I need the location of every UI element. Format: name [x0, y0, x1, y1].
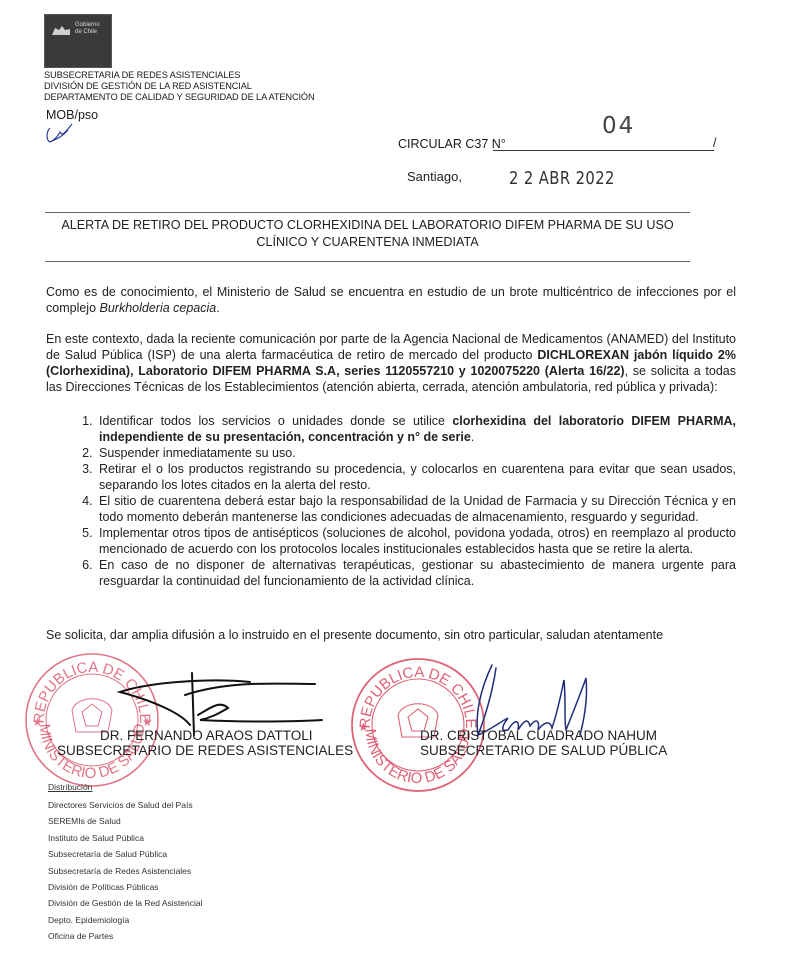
instruction-item: En caso de no disponer de alternativas t…	[96, 557, 736, 589]
chile-emblem-icon	[51, 24, 71, 36]
distribution-item: Directores Servicios de Salud del País	[48, 797, 203, 813]
place-label: Santiago,	[407, 169, 462, 184]
department-line: SUBSECRETARIA DE REDES ASISTENCIALES	[44, 70, 315, 81]
circular-label: CIRCULAR C37 N°	[398, 137, 506, 151]
signatory-name: DR. CRISTOBAL CUADRADO NAHUM	[420, 728, 657, 744]
logo-text-line: Gobierno	[75, 22, 100, 29]
circular-slash: /	[713, 136, 716, 150]
document-title: ALERTA DE RETIRO DEL PRODUCTO CLORHEXIDI…	[45, 217, 690, 251]
distribution-item: Subsecretaría de Salud Pública	[48, 846, 203, 862]
intro-paragraph: Como es de conocimiento, el Ministerio d…	[46, 284, 736, 316]
distribution-list: Directores Servicios de Salud del País S…	[48, 797, 203, 945]
initials-scribble-icon	[44, 122, 74, 146]
distribution-item: Instituto de Salud Pública	[48, 830, 203, 846]
circular-number-line	[493, 150, 714, 151]
reference-initials: MOB/pso	[46, 108, 98, 122]
logo-text-line: de Chile	[75, 29, 100, 36]
instruction-item: Retirar el o los productos registrando s…	[96, 461, 736, 493]
department-line: DEPARTAMENTO DE CALIDAD Y SEGURIDAD DE L…	[44, 92, 315, 103]
distribution-item: División de Políticas Públicas	[48, 879, 203, 895]
title-line: ALERTA DE RETIRO DEL PRODUCTO CLORHEXIDI…	[45, 217, 690, 234]
distribution-item: Depto. Epidemiología	[48, 912, 203, 928]
title-line: CLÍNICO Y CUARENTENA INMEDIATA	[45, 234, 690, 251]
instructions-list: Identificar todos los servicios o unidad…	[46, 413, 736, 589]
distribution-item: Subsecretaría de Redes Asistenciales	[48, 863, 203, 879]
instruction-item: El sitio de cuarentena deberá estar bajo…	[96, 493, 736, 525]
circular-number: 04	[602, 113, 635, 139]
signatory-role: SUBSECRETARIO DE REDES ASISTENCIALES	[57, 743, 353, 759]
ministry-stamp-icon: REPUBLICA DE CHILE MINISTERIO DE SALUD ★	[348, 655, 488, 795]
signatory-name: DR. FERNANDO ARAOS DATTOLI	[100, 728, 313, 744]
department-header: SUBSECRETARIA DE REDES ASISTENCIALES DIV…	[44, 70, 315, 103]
gobierno-de-chile-logo: Gobierno de Chile	[44, 14, 112, 68]
instruction-item: Identificar todos los servicios o unidad…	[96, 413, 736, 445]
instruction-item: Suspender inmediatamente su uso.	[96, 445, 736, 461]
distribution-item: División de Gestión de la Red Asistencia…	[48, 895, 203, 911]
distribution-title: Distribución	[48, 782, 92, 792]
organism-name: Burkholderia cepacia	[100, 301, 217, 315]
svg-text:★: ★	[358, 720, 369, 734]
title-bottom-rule	[45, 261, 690, 262]
signatory-role: SUBSECRETARIO DE SALUD PÚBLICA	[420, 743, 667, 759]
date-stamp: 2 2 ABR 2022	[509, 168, 615, 189]
title-top-rule	[45, 212, 690, 213]
distribution-item: Oficina de Partes	[48, 928, 203, 944]
department-line: DIVISIÓN DE GESTIÓN DE LA RED ASISTENCIA…	[44, 81, 315, 92]
distribution-item: SEREMIs de Salud	[48, 813, 203, 829]
instruction-item: Implementar otros tipos de antisépticos …	[96, 525, 736, 557]
closing-line: Se solicita, dar amplia difusión a lo in…	[46, 628, 663, 642]
context-paragraph: En este contexto, dada la reciente comun…	[46, 331, 736, 395]
svg-text:★: ★	[32, 715, 43, 729]
